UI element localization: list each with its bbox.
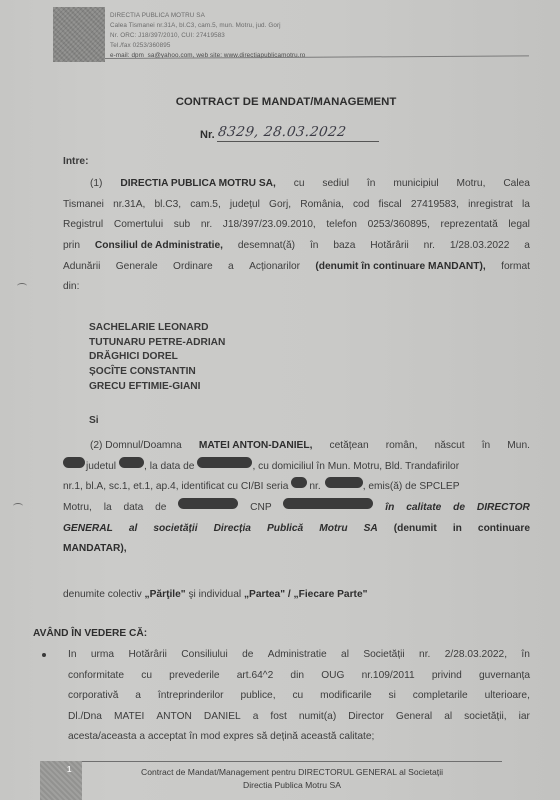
si-label: Si	[89, 415, 99, 426]
text: de	[453, 498, 465, 519]
bullet-line: corporativăaîntreprinderilorpublice,cumo…	[68, 686, 530, 707]
text: In	[68, 645, 77, 666]
text: Mun.	[507, 436, 530, 457]
text: legal	[508, 215, 530, 236]
text: sediul	[322, 174, 349, 195]
text: (denumit	[394, 519, 437, 540]
text: art.64^2	[237, 666, 274, 687]
redaction	[178, 498, 238, 509]
text: bl.C3,	[154, 195, 181, 216]
text: Hotărârii	[128, 645, 167, 666]
text: Administratie	[268, 645, 327, 666]
text: nr.	[309, 477, 320, 498]
text: cu	[292, 686, 303, 707]
text: a	[524, 236, 530, 257]
text: din:	[63, 277, 79, 298]
text: prevederile	[169, 666, 219, 687]
letterhead-address: Calea Tismanei nr.31A, bl.C3, cam.5, mun…	[110, 21, 305, 31]
board-member: DRĂGHICI DOREL	[89, 350, 225, 365]
text: Ordinare	[173, 257, 213, 278]
redaction	[283, 498, 373, 509]
text: nr.1, bl.A, sc.1, et.1, ap.4, identifica…	[63, 477, 288, 498]
contract-number-handwritten: 8329, 28.03.2022	[217, 124, 347, 140]
redaction	[291, 477, 307, 488]
document-page: DIRECTIA PUBLICA MOTRU SA Calea Tismanei…	[0, 0, 560, 800]
text: publice,	[240, 686, 275, 707]
text: la	[522, 195, 530, 216]
text: „Partea" / „Fiecare Parte"	[244, 589, 367, 600]
bullet-line: acesta/aceasta a acceptat în mod expres …	[68, 727, 530, 748]
board-members-list: SACHELARIE LEONARDTUTUNARU PETRE-ADRIAND…	[89, 321, 225, 395]
text: nr.	[201, 215, 212, 236]
text: întreprinderilor	[158, 686, 224, 707]
text: baza	[333, 236, 355, 257]
text: , cu domiciliul în Mun. Motru, Bld. Tran…	[252, 457, 459, 478]
text: cetățean	[330, 436, 369, 457]
document-title: CONTRACT DE MANDAT/MANAGEMENT	[0, 96, 560, 108]
text: a	[253, 707, 259, 728]
text: (1)	[90, 174, 102, 195]
text: Hotărârii	[370, 236, 409, 257]
text: DANIEL	[204, 707, 241, 728]
text: 2/28.03.2022,	[445, 645, 507, 666]
party2-line: (2) Domnul/DoamnaMATEI ANTON-DANIEL,cetă…	[63, 436, 530, 457]
text: calitate	[406, 498, 441, 519]
text: de	[242, 645, 253, 666]
text: inregistrat	[468, 195, 513, 216]
text: reprezentată	[441, 215, 498, 236]
bullet-line: Dl./DnaMATEIANTONDANIELafostnumit(a)Dire…	[68, 707, 530, 728]
intre-label: Intre:	[63, 155, 88, 169]
text: cod	[353, 195, 369, 216]
section-heading-considering: AVÂND ÎN VEDERE CĂ:	[33, 628, 147, 639]
text: iar	[519, 707, 530, 728]
text: în	[521, 645, 530, 666]
contract-number-underline	[217, 141, 379, 142]
party1-line: AdunăriiGeneraleOrdinareaAcționarilor(de…	[63, 257, 530, 278]
text: DIRECTIA PUBLICA MOTRU SA,	[120, 174, 275, 195]
text: Calea	[503, 174, 530, 195]
text: nr.	[424, 236, 435, 257]
party1-paragraph: (1)DIRECTIA PUBLICA MOTRU SA,cusediulînm…	[63, 174, 530, 298]
text: prin	[63, 236, 80, 257]
text: Comertului	[114, 215, 163, 236]
text: societății,	[464, 707, 506, 728]
text: în	[385, 498, 394, 519]
contract-number-label: Nr.	[200, 129, 215, 141]
party2-paragraph: (2) Domnul/DoamnaMATEI ANTON-DANIEL,cetă…	[63, 436, 530, 560]
letterhead-company: DIRECTIA PUBLICA MOTRU SA	[110, 11, 305, 21]
text: Motru,	[457, 174, 486, 195]
text: cam.5,	[190, 195, 221, 216]
redaction	[197, 457, 252, 468]
text: municipiul	[393, 174, 438, 195]
text: din	[290, 666, 304, 687]
text: completarile	[413, 686, 468, 707]
text: Societății	[363, 645, 404, 666]
text: judetul	[86, 457, 116, 478]
text: denumite colectiv	[63, 589, 145, 600]
redaction	[325, 477, 363, 488]
party2-line: Motru,ladatadeCNPîncalitatedeDIRECTOR	[63, 498, 530, 519]
board-member: SACHELARIE LEONARD	[89, 321, 225, 336]
board-member: GRECU EFTIMIE-GIANI	[89, 380, 225, 395]
text: SA	[364, 519, 378, 540]
letterhead: DIRECTIA PUBLICA MOTRU SA Calea Tismanei…	[110, 11, 305, 61]
text: corporativă	[68, 686, 118, 707]
text: sub	[174, 215, 190, 236]
text: societății	[153, 519, 197, 540]
text: format	[501, 257, 530, 278]
text: la	[104, 498, 112, 519]
text: nr.109/2011	[362, 666, 415, 687]
text: , la data de	[144, 457, 194, 478]
text: ulterioare,	[485, 686, 530, 707]
text: modificarile	[320, 686, 372, 707]
text: , emis(ă) de SPCLEP	[363, 477, 460, 498]
text: cu	[141, 666, 152, 687]
text: Gorj,	[269, 195, 291, 216]
text: român,	[386, 436, 418, 457]
letterhead-phone: Tel./fax 0253/360895	[110, 41, 305, 51]
text: privind	[432, 666, 462, 687]
text: în	[310, 236, 319, 257]
text: nr.31A,	[113, 195, 145, 216]
text: cu	[294, 174, 305, 195]
text: guvernanța	[479, 666, 530, 687]
party2-line: judetul , la data de , cu domiciliul în …	[63, 457, 530, 478]
board-member: TUTUNARU PETRE-ADRIAN	[89, 336, 225, 351]
text: al	[444, 707, 452, 728]
text: DIRECTOR	[477, 498, 530, 519]
text: acesta/aceasta a acceptat în mod expres …	[68, 727, 374, 748]
text: OUG	[321, 666, 344, 687]
party2-line: GENERALalsocietățiiDirecțiaPublicăMotruS…	[63, 519, 530, 540]
text: 27419583,	[411, 195, 459, 216]
footer-line: Directia Publica Motru SA	[82, 779, 502, 792]
text: CNP	[250, 498, 272, 519]
party1-line: Tismaneinr.31A,bl.C3,cam.5,județulGorj,R…	[63, 195, 530, 216]
bullet-text: InurmaHotărâriiConsiliuluideAdministrati…	[68, 645, 530, 748]
text: Dl./Dna	[68, 707, 102, 728]
text: al	[129, 519, 138, 540]
text: Adunării	[63, 257, 100, 278]
text: si	[389, 686, 396, 707]
text: fiscal	[378, 195, 401, 216]
text: data	[123, 498, 143, 519]
text: de	[155, 498, 166, 519]
text: General	[396, 707, 432, 728]
text: România,	[300, 195, 344, 216]
text: nr.	[419, 645, 430, 666]
party1-line: prinConsiliul de Administratie,desemnat(…	[63, 236, 530, 257]
bullet-line: conformitatecuprevederileart.64^2dinOUGn…	[68, 666, 530, 687]
redaction	[63, 457, 85, 468]
footer-logo-block	[40, 761, 82, 800]
text: 0253/360895,	[368, 215, 430, 236]
text: Motru	[319, 519, 347, 540]
text: a	[135, 686, 141, 707]
text: Generale	[116, 257, 158, 278]
text: Registrul	[63, 215, 103, 236]
text: al	[341, 645, 349, 666]
party1-line: din:	[63, 277, 530, 298]
text: Tismanei	[63, 195, 104, 216]
text: în	[482, 436, 491, 457]
text: continuare	[478, 519, 530, 540]
letterhead-registry: Nr. ORC: J18/397/2010, CUI: 27419583	[110, 31, 305, 41]
party2-line: MANDATAR),	[63, 539, 530, 560]
bullet-icon	[42, 653, 46, 657]
text: numit(a)	[299, 707, 336, 728]
company-logo	[53, 7, 105, 62]
text: conformitate	[68, 666, 124, 687]
punch-hole-mark	[17, 283, 27, 289]
text: Direcția	[214, 519, 251, 540]
text: născut	[435, 436, 465, 457]
footer-text: Contract de Mandat/Management pentru DIR…	[82, 766, 502, 791]
contract-number: Nr. 8329, 28.03.2022	[200, 124, 382, 144]
text: (2) Domnul/Doamna	[90, 436, 182, 457]
text: fost	[270, 707, 286, 728]
board-member: ȘOCÎTE CONSTANTIN	[89, 365, 225, 380]
text: Director	[348, 707, 384, 728]
bullet-line: InurmaHotărâriiConsiliuluideAdministrati…	[68, 645, 530, 666]
party2-line: nr.1, bl.A, sc.1, et.1, ap.4, identifica…	[63, 477, 530, 498]
text: Motru,	[63, 498, 92, 519]
footer-divider	[82, 761, 502, 762]
parties-definition: denumite colectiv „Părţile" şi individua…	[63, 589, 367, 600]
text: J18/397/23.09.2010,	[223, 215, 316, 236]
text: „Părţile"	[145, 589, 186, 600]
text: 1/28.03.2022	[450, 236, 509, 257]
party1-line: RegistrulComertuluisubnr.J18/397/23.09.2…	[63, 215, 530, 236]
text: urma	[91, 645, 114, 666]
party1-line: (1)DIRECTIA PUBLICA MOTRU SA,cusediulînm…	[63, 174, 530, 195]
text: a	[228, 257, 234, 278]
text: Publică	[267, 519, 303, 540]
text: telefon	[326, 215, 357, 236]
text: județul	[230, 195, 260, 216]
text: MATEI	[114, 707, 144, 728]
text: GENERAL	[63, 519, 113, 540]
text: MANDATAR),	[63, 539, 127, 560]
page-number: 1	[67, 765, 71, 774]
redaction	[119, 457, 144, 468]
text: (denumit în continuare MANDANT),	[315, 257, 485, 278]
text: desemnat(ă)	[238, 236, 295, 257]
text: în	[367, 174, 376, 195]
footer-line: Contract de Mandat/Management pentru DIR…	[82, 766, 502, 779]
text: Consiliul de Administratie,	[95, 236, 223, 257]
punch-hole-mark	[13, 503, 23, 509]
text: Consiliului	[181, 645, 227, 666]
text: MATEI ANTON-DANIEL,	[199, 436, 313, 457]
text: ANTON	[156, 707, 191, 728]
text: şi individual	[186, 589, 244, 600]
text: in	[453, 519, 462, 540]
text: Acționarilor	[249, 257, 300, 278]
